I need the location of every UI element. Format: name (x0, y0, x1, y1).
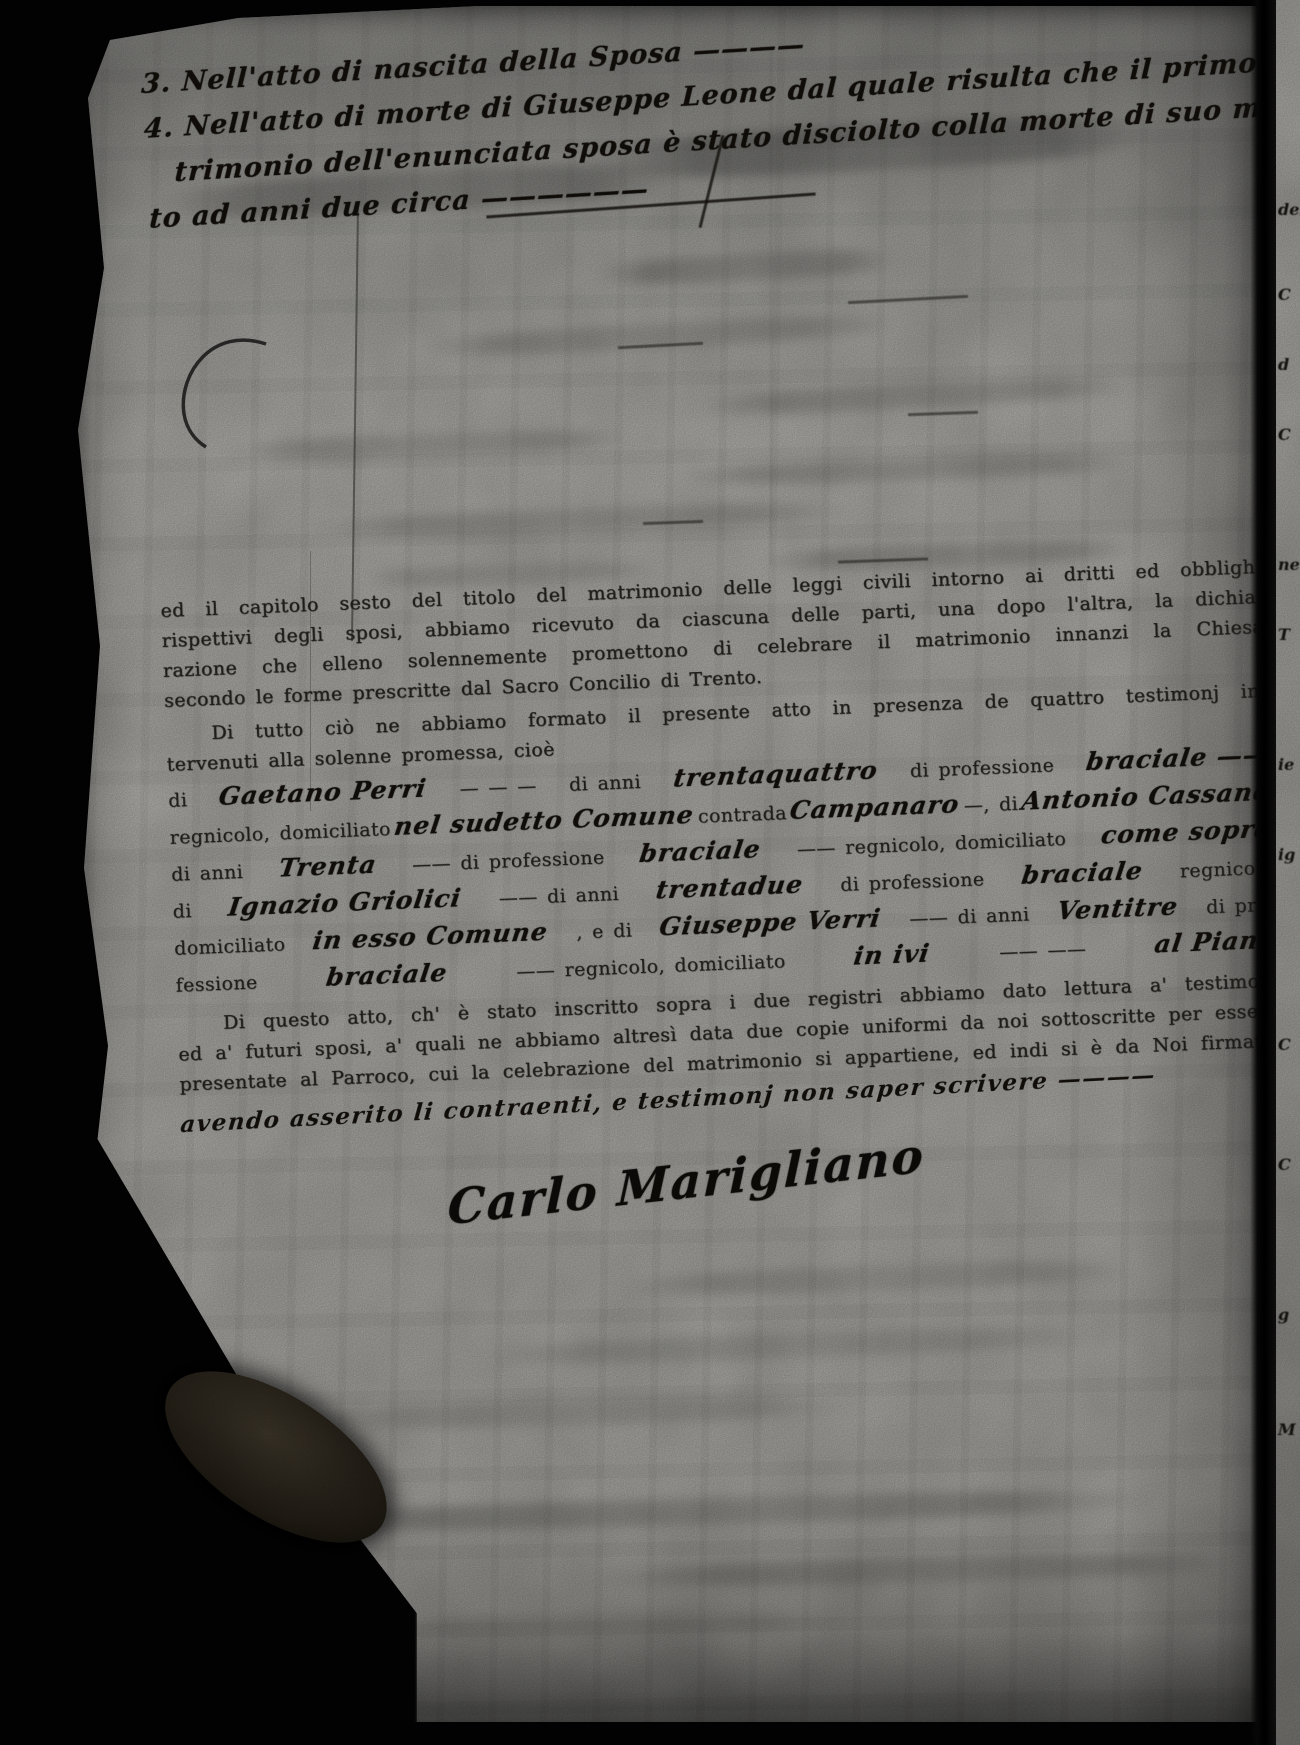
page-fragment: C (1278, 1155, 1291, 1174)
hand-script-domicile: come sopra (1100, 813, 1274, 849)
print-text: —— di anni (498, 883, 619, 910)
scanned-register-photo: 3. Nell'atto di nascita della Sposa ————… (0, 0, 1300, 1745)
hand-script-profession: braciale (324, 958, 449, 992)
print-text: —— —— (999, 938, 1087, 963)
print-text: —— di anni (909, 903, 1030, 930)
hand-script-domicile: in ivi (852, 938, 932, 970)
print-text: regnicolo, domiciliato (169, 818, 391, 849)
page-fragment: d (1278, 355, 1289, 374)
page-fragment: del (1278, 200, 1300, 219)
handwritten-annotation: 3. Nell'atto di nascita della Sposa ————… (140, 0, 1189, 241)
page-fragment: C (1278, 285, 1291, 304)
page-fragment: g (1278, 1305, 1289, 1324)
print-text: di (172, 900, 192, 923)
bleed-through-smudge (478, 1323, 1098, 1369)
ink-dash-mark (848, 295, 968, 304)
hand-script-profession: braciale (638, 834, 763, 868)
pen-curve-mark (170, 334, 282, 452)
page-fragment: M (1278, 1420, 1296, 1439)
hand-script-witness-name: Giuseppe Verri (658, 903, 883, 941)
print-text: —— regnicolo, domiciliato (516, 950, 786, 983)
print-text: —— di professione (412, 846, 605, 876)
print-text: —— regnicolo, domiciliato (796, 828, 1066, 861)
bleed-through-smudge (258, 1486, 1158, 1536)
bleed-through-smudge (618, 1257, 1139, 1299)
page-fragment: C (1278, 425, 1291, 444)
bleed-through-smudge (678, 450, 1138, 488)
print-text: contrada (697, 802, 787, 828)
hand-script-age: Trenta (277, 849, 379, 882)
hand-script-witness-name: Gaetano Perri (218, 773, 429, 811)
page-fragment: T (1278, 625, 1290, 644)
print-text: , e di (576, 919, 633, 943)
hand-script-district: Campanaro (789, 789, 962, 825)
adjacent-page-sliver: del C d C ne T ie ig C C g M (1276, 0, 1300, 1745)
print-text: —, di (963, 793, 1018, 817)
bleed-through-smudge (598, 246, 899, 288)
print-text: di anni (569, 771, 642, 796)
print-text: di professione (909, 754, 1054, 782)
hand-script-age: trentaquattro (671, 755, 879, 792)
hand-script-age: Ventitre (1055, 891, 1180, 925)
print-text: di anni (171, 861, 244, 886)
print-text: domiciliato (174, 933, 286, 959)
page-fragment: ne (1278, 555, 1300, 574)
print-text: fessione (175, 971, 258, 996)
book-gutter (1250, 0, 1276, 1745)
fold-line (351, 201, 359, 641)
print-text: di (168, 789, 188, 812)
print-text: — — — (459, 775, 537, 800)
page-fragment: ig (1278, 845, 1295, 864)
bleed-through-smudge (318, 1392, 839, 1432)
act-body: ed il capitolo sesto del titolo del matr… (160, 552, 1286, 1218)
bleed-through-smudge (418, 311, 899, 360)
ink-dash-mark (908, 411, 978, 416)
witness-entries: di Gaetano Perri — — — di anni trentaqua… (168, 740, 1278, 1004)
page-fragment: C (1278, 1035, 1291, 1054)
bleed-through-smudge (298, 499, 858, 541)
page-fragment: ie (1278, 755, 1294, 774)
bleed-through-smudge (598, 1550, 1238, 1591)
hand-script-profession: braciale (1020, 856, 1145, 890)
print-text: di professione (840, 868, 985, 896)
hand-script-age: trentadue (654, 869, 805, 904)
hand-script-profession: braciale —— (1084, 740, 1271, 777)
bleed-through-smudge (358, 1610, 858, 1641)
